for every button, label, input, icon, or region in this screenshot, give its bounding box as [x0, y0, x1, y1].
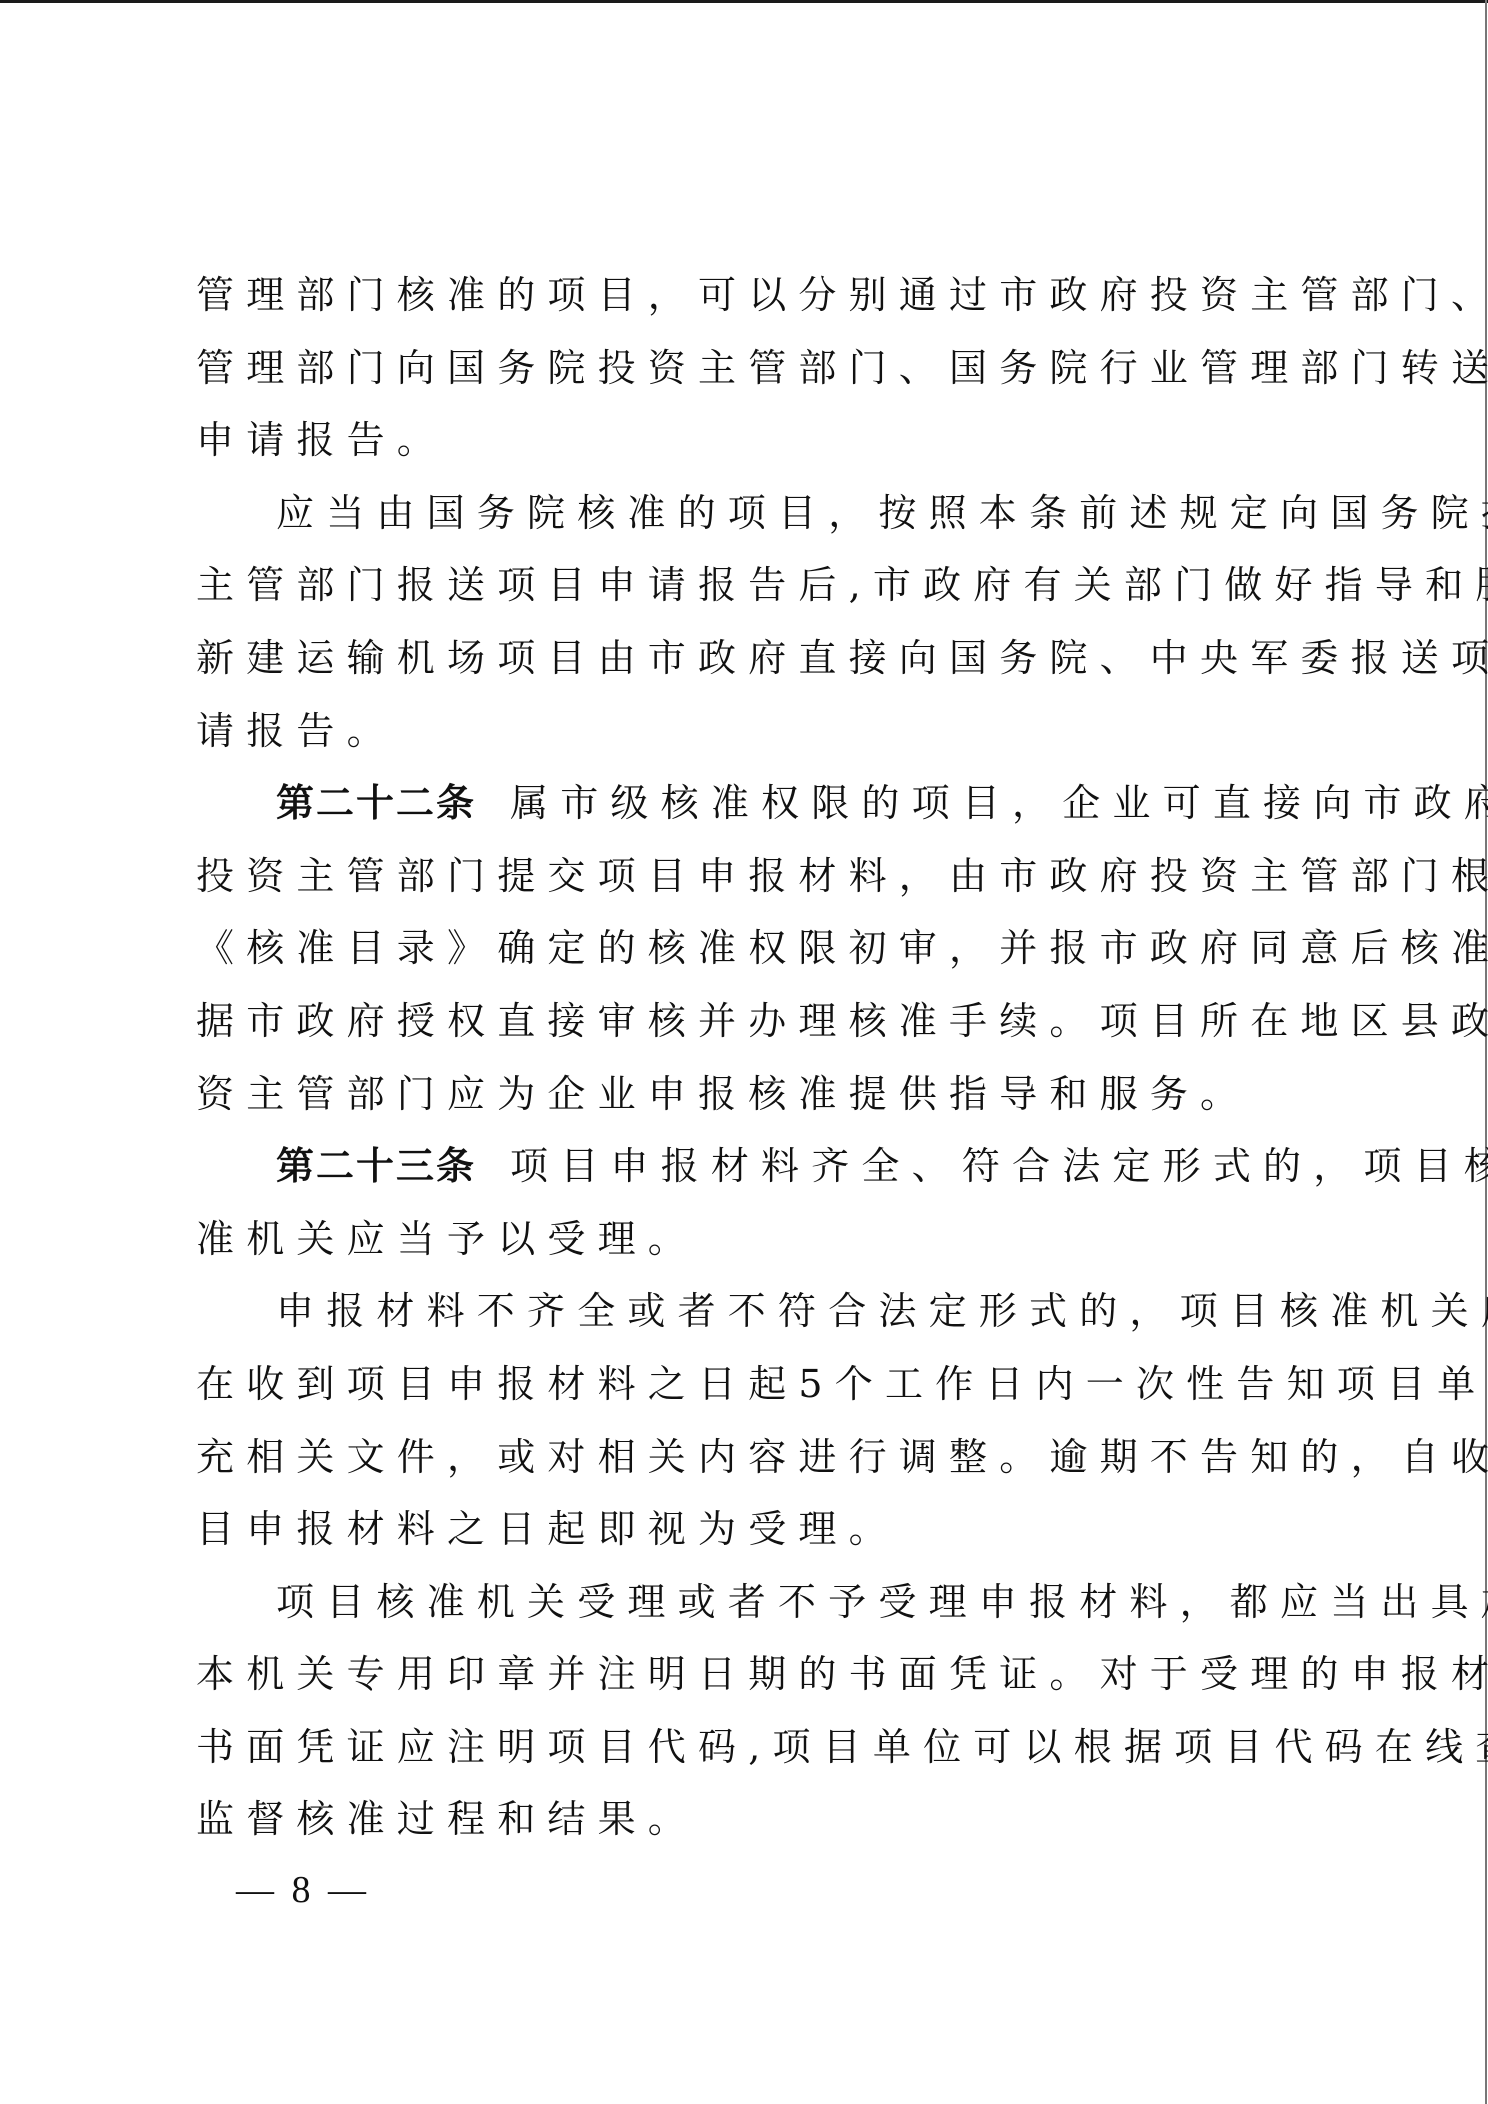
- text-line: 应当由国务院核准的项目，按照本条前述规定向国务院投资: [196, 488, 1300, 561]
- text-line: 申请报告。: [196, 415, 1300, 488]
- text-line: 投资主管部门提交项目申报材料，由市政府投资主管部门根据: [196, 851, 1300, 924]
- text-line: 充相关文件，或对相关内容进行调整。逾期不告知的，自收到项: [196, 1432, 1300, 1505]
- text-line: 书面凭证应注明项目代码,项目单位可以根据项目代码在线查询、: [196, 1722, 1300, 1795]
- text-line: 新建运输机场项目由市政府直接向国务院、中央军委报送项目申: [196, 633, 1300, 706]
- paragraph-written-receipt: 项目核准机关受理或者不予受理申报材料，都应当出具加盖 本机关专用印章并注明日期的…: [196, 1577, 1300, 1867]
- text-line: 请报告。: [196, 706, 1300, 779]
- article-text: 项目申报材料齐全、符合法定形式的，项目核: [510, 1144, 1488, 1188]
- text-line: 《核准目录》确定的核准权限初审，并报市政府同意后核准或根: [196, 923, 1300, 996]
- article-number: 第二十二条: [276, 781, 476, 825]
- article-text: 属市级核准权限的项目，企业可直接向市政府: [510, 781, 1488, 825]
- text-line: 监督核准过程和结果。: [196, 1794, 1300, 1867]
- article-22: 第二十二条属市级核准权限的项目，企业可直接向市政府 投资主管部门提交项目申报材料…: [196, 778, 1300, 1141]
- page-top-border: [0, 0, 1488, 3]
- text-line: 第二十二条属市级核准权限的项目，企业可直接向市政府: [196, 778, 1300, 851]
- article-23: 第二十三条项目申报材料齐全、符合法定形式的，项目核 准机关应当予以受理。: [196, 1141, 1300, 1286]
- text-line: 资主管部门应为企业申报核准提供指导和服务。: [196, 1069, 1300, 1142]
- text-line: 准机关应当予以受理。: [196, 1214, 1300, 1287]
- text-line: 本机关专用印章并注明日期的书面凭证。对于受理的申报材料，: [196, 1649, 1300, 1722]
- paragraph-state-council-approval: 应当由国务院核准的项目，按照本条前述规定向国务院投资 主管部门报送项目申请报告后…: [196, 488, 1300, 778]
- paragraph-continuation: 管理部门核准的项目，可以分别通过市政府投资主管部门、行业 管理部门向国务院投资主…: [196, 270, 1300, 488]
- document-body: 管理部门核准的项目，可以分别通过市政府投资主管部门、行业 管理部门向国务院投资主…: [196, 270, 1300, 1867]
- paragraph-incomplete-materials: 申报材料不齐全或者不符合法定形式的，项目核准机关应当 在收到项目申报材料之日起5…: [196, 1286, 1300, 1576]
- text-line: 管理部门向国务院投资主管部门、国务院行业管理部门转送项目: [196, 343, 1300, 416]
- text-line: 据市政府授权直接审核并办理核准手续。项目所在地区县政府投: [196, 996, 1300, 1069]
- text-line: 申报材料不齐全或者不符合法定形式的，项目核准机关应当: [196, 1286, 1300, 1359]
- text-line: 第二十三条项目申报材料齐全、符合法定形式的，项目核: [196, 1141, 1300, 1214]
- page-number: — 8 —: [236, 1868, 370, 1912]
- text-line: 在收到项目申报材料之日起5个工作日内一次性告知项目单位补: [196, 1359, 1300, 1432]
- text-line: 主管部门报送项目申请报告后,市政府有关部门做好指导和服务。: [196, 560, 1300, 633]
- text-line: 目申报材料之日起即视为受理。: [196, 1504, 1300, 1577]
- article-number: 第二十三条: [276, 1144, 476, 1188]
- text-line: 管理部门核准的项目，可以分别通过市政府投资主管部门、行业: [196, 270, 1300, 343]
- text-line: 项目核准机关受理或者不予受理申报材料，都应当出具加盖: [196, 1577, 1300, 1650]
